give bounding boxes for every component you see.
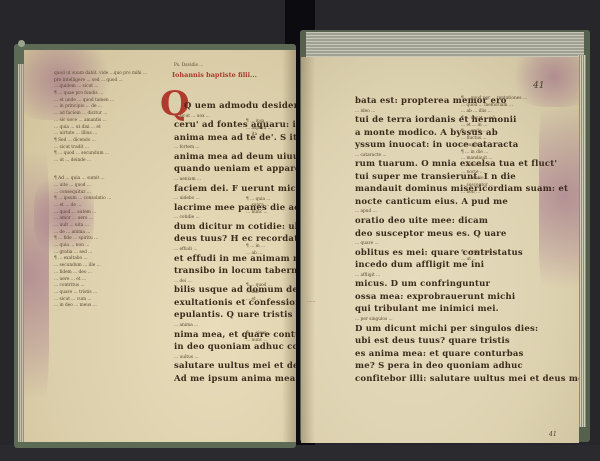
gutter-shadow — [301, 57, 315, 443]
purple-stain — [24, 110, 49, 440]
left-outer-gloss: quod ut suum dabit. vide ...quo pro mihi… — [54, 72, 159, 311]
right-page-stack-top — [306, 32, 584, 59]
margin-rubric: ...... — [307, 300, 316, 305]
headband — [18, 40, 25, 47]
right-outer-gloss: ¶ ... quod per ... tentationes ... ... q… — [461, 97, 571, 264]
folio-number: 41 — [533, 81, 544, 91]
right-page-stack-edge — [578, 55, 586, 427]
header-gloss: Ps. Davidis ... — [174, 64, 203, 68]
rubric-title: Iohannis baptiste filii... — [172, 72, 257, 79]
bottom-folio-mark: 41 — [549, 431, 557, 438]
left-inner-gloss: ¶ ... ipsa ... ... aspera ... ... ita ..… — [246, 120, 294, 345]
right-main-text: bata est: propterea memor ero ... ideo .… — [355, 97, 475, 387]
right-page: 41 bata est: propterea memor ero ... ide… — [301, 57, 579, 443]
left-page: quod ut suum dabit. vide ...quo pro mihi… — [24, 50, 296, 442]
